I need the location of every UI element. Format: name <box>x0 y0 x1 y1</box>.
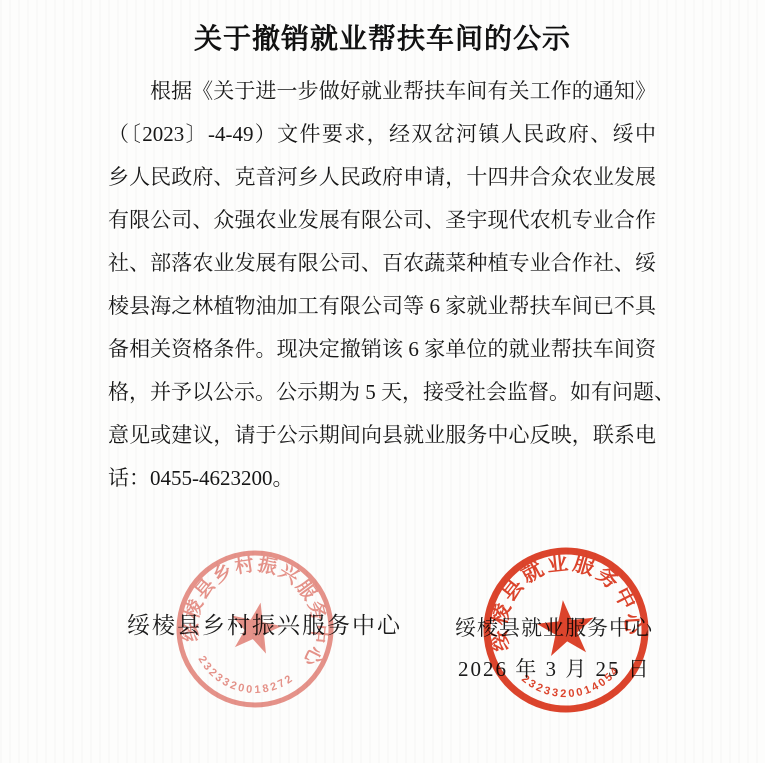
signature-right-name: 绥棱县就业服务中心 <box>455 612 653 642</box>
notice-page: 关于撤销就业帮扶车间的公示 根据《关于进一步做好就业帮扶车间有关工作的通知》 （… <box>0 0 765 763</box>
body-line: 备相关资格条件。现决定撤销该 6 家单位的就业帮扶车间资 <box>108 328 656 371</box>
body-line: 社、部落农业发展有限公司、百农蔬菜种植专业合作社、绥 <box>108 242 656 285</box>
body-line: 意见或建议，请于公示期间向县就业服务中心反映，联系电 <box>108 414 656 457</box>
svg-text:绥棱县乡村振兴服务中心: 绥棱县乡村振兴服务中心 <box>174 539 346 673</box>
body-line: 话：0455-4623200。 <box>108 457 656 500</box>
body-line: 棱县海之林植物油加工有限公司等 6 家就业帮扶车间已不具 <box>108 285 656 328</box>
body-line: （〔2023〕-4-49）文件要求，经双岔河镇人民政府、绥中 <box>108 113 656 156</box>
notice-body: 根据《关于进一步做好就业帮扶车间有关工作的通知》 （〔2023〕-4-49）文件… <box>108 70 656 500</box>
seal-left-arc-text: 绥棱县乡村振兴服务中心 <box>174 539 346 673</box>
body-line: 根据《关于进一步做好就业帮扶车间有关工作的通知》 <box>108 70 656 113</box>
signature-left-name: 绥棱县乡村振兴服务中心 <box>127 607 402 640</box>
seal-left-code: 2323320018272 <box>191 652 299 705</box>
svg-text:2323320018272: 2323320018272 <box>191 652 299 705</box>
notice-title: 关于撤销就业帮扶车间的公示 <box>0 17 765 57</box>
body-line: 乡人民政府、克音河乡人民政府申请，十四井合众农业发展 <box>108 156 656 199</box>
body-line: 格，并予以公示。公示期为 5 天，接受社会监督。如有问题、 <box>108 371 656 414</box>
signature-date: 2026 年 3 月 25 日 <box>458 653 651 683</box>
body-line: 有限公司、众强农业发展有限公司、圣宇现代农机专业合作 <box>108 199 656 242</box>
